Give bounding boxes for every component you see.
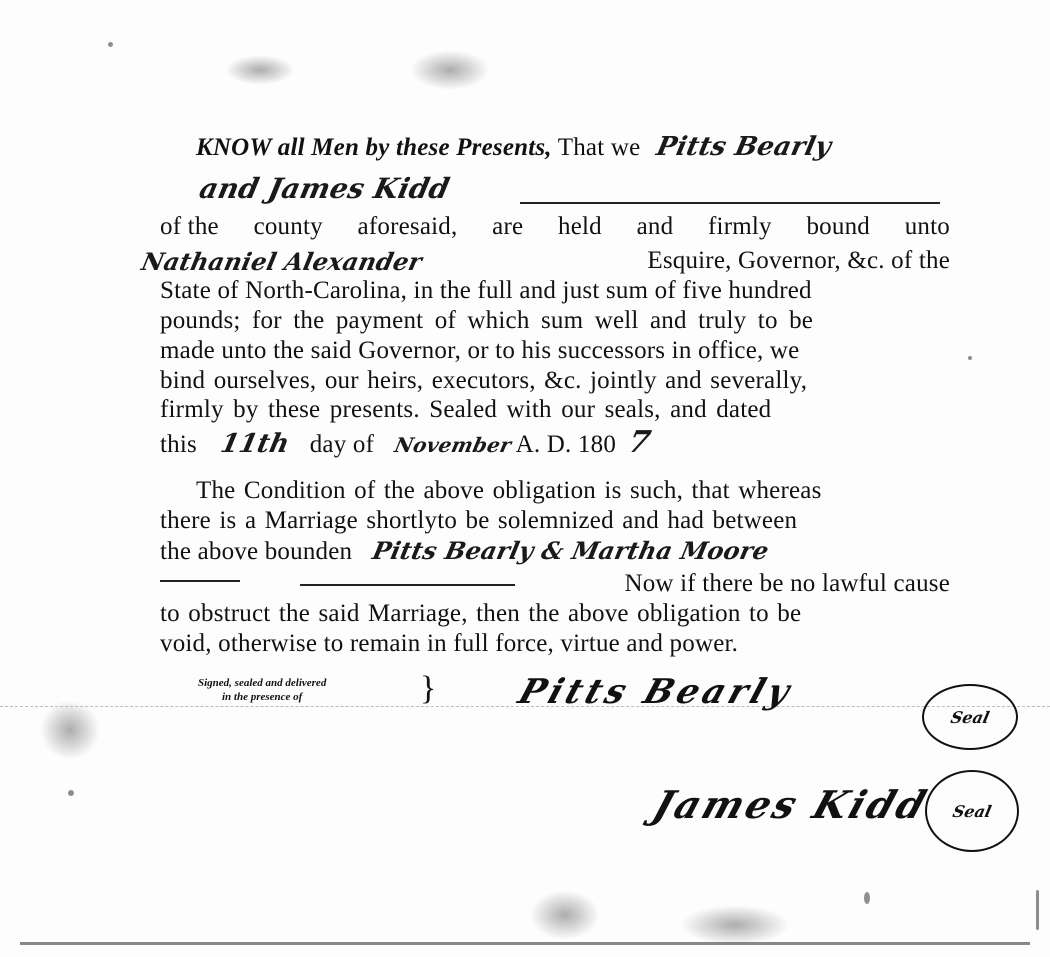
witness-label-line-2: in the presence of (198, 690, 326, 704)
handwritten-day: 11th (218, 429, 292, 459)
bond-line-4: Nathaniel Alexander Esquire, Governor, &… (142, 247, 950, 277)
bond-line-10-date: this 11th day of November A. D. 180 7 (160, 425, 950, 460)
governor-title-text: Esquire, Governor, &c. of the (647, 247, 950, 275)
word: firmly (708, 213, 772, 241)
opening-phrase: KNOW all Men by these Presents, (196, 134, 552, 161)
ink-smudge (40, 700, 100, 760)
witness-label: Signed, sealed and delivered in the pres… (198, 676, 326, 704)
ink-spot (108, 42, 113, 47)
word: county (254, 213, 323, 241)
seal-1: Seal (922, 684, 1018, 750)
bond-line-15: to obstruct the said Marriage, then the … (160, 600, 950, 628)
word: unto (905, 213, 950, 241)
anno-domini-text: A. D. 180 (516, 431, 616, 458)
ink-smudge (410, 50, 490, 90)
bond-line-13: the above bounden Pitts Bearly & Martha … (160, 536, 950, 566)
ink-smudge (225, 55, 295, 85)
ink-spot (68, 790, 74, 796)
bond-line-16: void, otherwise to remain in full force,… (160, 630, 950, 658)
ink-smudge (530, 890, 600, 940)
ink-spot (968, 356, 972, 360)
bond-line-7: made unto the said Governor, or to his s… (160, 337, 950, 365)
witness-label-line-1: Signed, sealed and delivered (198, 676, 326, 690)
fill-in-rule (300, 584, 515, 586)
paper-bottom-edge (20, 942, 1030, 945)
bond-line-2: and James Kidd (200, 172, 990, 205)
handwritten-surety-name: and James Kidd (196, 172, 452, 205)
this-text: this (160, 431, 197, 458)
bond-line-5: State of North-Carolina, in the full and… (160, 277, 950, 305)
ink-spot (864, 892, 870, 904)
handwritten-principal-name: Pitts Bearly (654, 132, 834, 162)
bond-line-3: of the county aforesaid, are held and fi… (160, 213, 950, 241)
word: bound (806, 213, 870, 241)
signature-james-kidd: James Kidd (648, 782, 935, 827)
fill-in-rule (160, 580, 240, 582)
ink-smudge (680, 905, 790, 945)
handwritten-marriage-parties: Pitts Bearly & Martha Moore (370, 536, 772, 565)
handwritten-governor-name: Nathaniel Alexander (139, 247, 425, 276)
above-bounden-text: the above bounden (160, 538, 352, 565)
word: are (492, 213, 523, 241)
seal-2-text: Seal (951, 802, 993, 821)
marriage-bond-document: KNOW all Men by these Presents, That we … (0, 0, 1050, 957)
bond-line-11: The Condition of the above obligation is… (196, 477, 950, 505)
bond-line-8: bind ourselves, our heirs, executors, &c… (160, 367, 950, 395)
word: aforesaid, (358, 213, 458, 241)
ink-spot (1036, 890, 1039, 930)
brace-symbol: } (420, 672, 436, 706)
signature-pitts-bearly: Pitts Bearly (514, 672, 799, 712)
that-we-text: That we (558, 134, 641, 161)
bond-line-12: there is a Marriage shortlyto be solemni… (160, 507, 950, 535)
word: and (637, 213, 674, 241)
bond-line-9: firmly by these presents. Sealed with ou… (160, 396, 950, 424)
word: held (558, 213, 602, 241)
bond-line-14: Now if there be no lawful cause (555, 570, 950, 598)
day-of-text: day of (310, 431, 374, 458)
handwritten-month: November (392, 433, 513, 457)
handwritten-year-digit: 7 (625, 425, 654, 460)
seal-2: Seal (925, 770, 1019, 852)
bond-line-1: KNOW all Men by these Presents, That we … (196, 132, 956, 162)
fill-in-rule (520, 202, 940, 204)
word: of the (160, 213, 219, 241)
seal-1-text: Seal (949, 708, 991, 727)
bond-line-6: pounds; for the payment of which sum wel… (160, 307, 950, 335)
